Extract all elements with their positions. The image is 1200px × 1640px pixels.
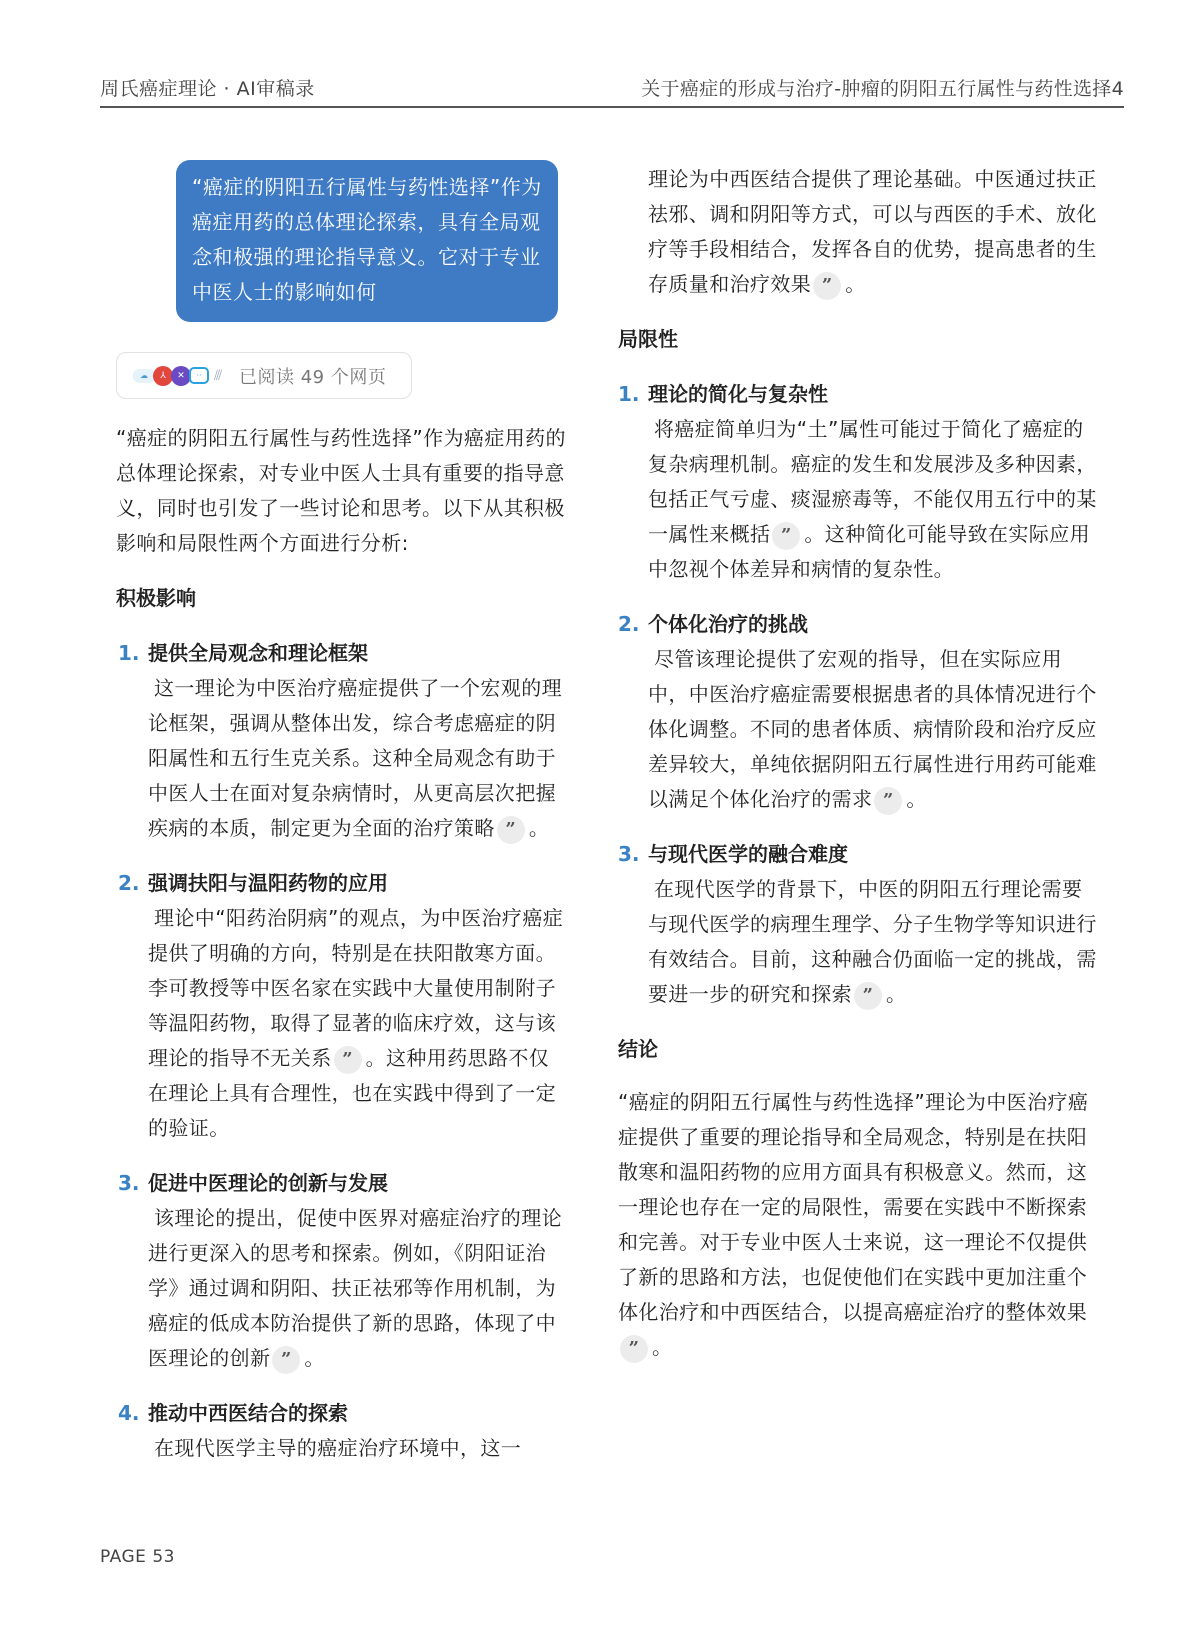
list-item: 2. 强调扶阳与温阳药物的应用 理论中“阳药治阴病”的观点，为中医治疗癌症提供了… (116, 866, 566, 1146)
citation-icon[interactable]: ” (334, 1046, 362, 1074)
section-title-conclusion: 结论 (618, 1032, 1098, 1067)
user-question-bubble: “癌症的阴阳五行属性与药性选择”作为癌症用药的总体理论探索，具有全局观念和极强的… (176, 160, 558, 322)
citation-icon[interactable]: ” (813, 272, 841, 300)
list-item-title: 理论的简化与复杂性 (648, 377, 1098, 412)
list-item-body: 将癌症简单归为“土”属性可能过于简化了癌症的复杂病理机制。癌症的发生和发展涉及多… (648, 412, 1098, 587)
cloud-icon: ☁ (133, 369, 155, 383)
list-number: 4. (118, 1396, 140, 1431)
list-number: 3. (618, 837, 640, 872)
pdf-icon: ⅄ (153, 366, 173, 386)
sources-read-label: 已阅读 49 个网页 (239, 363, 386, 389)
satellite-icon: ⫻ (207, 366, 229, 386)
list-item: 4. 推动中西医结合的探索 在现代医学主导的癌症治疗环境中，这一 (116, 1396, 566, 1466)
list-item-body-continued: 理论为中西医结合提供了理论基础。中医通过扶正祛邪、调和阴阳等方式，可以与西医的手… (648, 162, 1098, 302)
section-title-limitations: 局限性 (618, 322, 1098, 357)
header-book-title: 周氏癌症理论 · AI审稿录 (100, 74, 315, 101)
list-item-title: 强调扶阳与温阳药物的应用 (148, 866, 566, 901)
left-column: “癌症的阴阳五行属性与药性选择”作为癌症用药的总体理论探索，具有全局观念和极强的… (116, 160, 566, 1466)
list-item-title: 个体化治疗的挑战 (648, 607, 1098, 642)
list-number: 2. (118, 866, 140, 901)
list-item-body: 尽管该理论提供了宏观的指导，但在实际应用中，中医治疗癌症需要根据患者的具体情况进… (648, 642, 1098, 817)
sources-read-button[interactable]: ☁ ⅄ ✕ ·· ⫻ 已阅读 49 个网页 (116, 352, 412, 399)
citation-icon[interactable]: ” (772, 522, 800, 550)
list-number: 1. (118, 636, 140, 671)
list-number: 1. (618, 377, 640, 412)
list-number: 3. (118, 1166, 140, 1201)
list-item: 2. 个体化治疗的挑战 尽管该理论提供了宏观的指导，但在实际应用中，中医治疗癌症… (616, 607, 1098, 817)
list-item: 3. 促进中医理论的创新与发展 该理论的提出，促使中医界对癌症治疗的理论进行更深… (116, 1166, 566, 1376)
list-item-body: 在现代医学主导的癌症治疗环境中，这一 (148, 1431, 566, 1466)
intro-paragraph: “癌症的阴阳五行属性与药性选择”作为癌症用药的总体理论探索，对专业中医人士具有重… (116, 421, 566, 561)
list-item: 3. 与现代医学的融合难度 在现代医学的背景下，中医的阴阳五行理论需要与现代医学… (616, 837, 1098, 1012)
citation-icon[interactable]: ” (874, 787, 902, 815)
citation-icon[interactable]: ” (854, 982, 882, 1010)
page-header: 周氏癌症理论 · AI审稿录 关于癌症的形成与治疗-肿瘤的阴阳五行属性与药性选择… (100, 72, 1124, 108)
conclusion-paragraph: “癌症的阴阳五行属性与药性选择”理论为中医治疗癌症提供了重要的理论指导和全局观念… (618, 1085, 1098, 1365)
list-item-body: 该理论的提出，促使中医界对癌症治疗的理论进行更深入的思考和探索。例如，《阴阳证治… (148, 1201, 566, 1376)
right-column: 理论为中西医结合提供了理论基础。中医通过扶正祛邪、调和阴阳等方式，可以与西医的手… (648, 162, 1098, 1365)
bilibili-icon: ·· (189, 367, 209, 384)
section-title-positive: 积极影响 (116, 581, 566, 616)
list-item: 1. 提供全局观念和理论框架 这一理论为中医治疗癌症提供了一个宏观的理论框架，强… (116, 636, 566, 846)
list-item-body: 理论中“阳药治阴病”的观点，为中医治疗癌症提供了明确的方向，特别是在扶阳散寒方面… (148, 901, 566, 1146)
list-item-title: 推动中西医结合的探索 (148, 1396, 566, 1431)
list-item-title: 提供全局观念和理论框架 (148, 636, 566, 671)
list-item-title: 促进中医理论的创新与发展 (148, 1166, 566, 1201)
page-number: PAGE 53 (100, 1547, 175, 1567)
list-item: 1. 理论的简化与复杂性 将癌症简单归为“土”属性可能过于简化了癌症的复杂病理机… (616, 377, 1098, 587)
list-item-body: 这一理论为中医治疗癌症提供了一个宏观的理论框架，强调从整体出发，综合考虑癌症的阴… (148, 671, 566, 846)
list-item-body: 在现代医学的背景下，中医的阴阳五行理论需要与现代医学的病理生理学、分子生物学等知… (648, 872, 1098, 1012)
list-number: 2. (618, 607, 640, 642)
header-chapter-title: 关于癌症的形成与治疗-肿瘤的阴阳五行属性与药性选择4 (641, 74, 1124, 101)
citation-icon[interactable]: ” (272, 1346, 300, 1374)
citation-icon[interactable]: ” (620, 1335, 648, 1363)
citation-icon[interactable]: ” (497, 816, 525, 844)
source-icons: ☁ ⅄ ✕ ·· ⫻ (133, 366, 227, 386)
butterfly-icon: ✕ (171, 366, 191, 386)
list-item-title: 与现代医学的融合难度 (648, 837, 1098, 872)
